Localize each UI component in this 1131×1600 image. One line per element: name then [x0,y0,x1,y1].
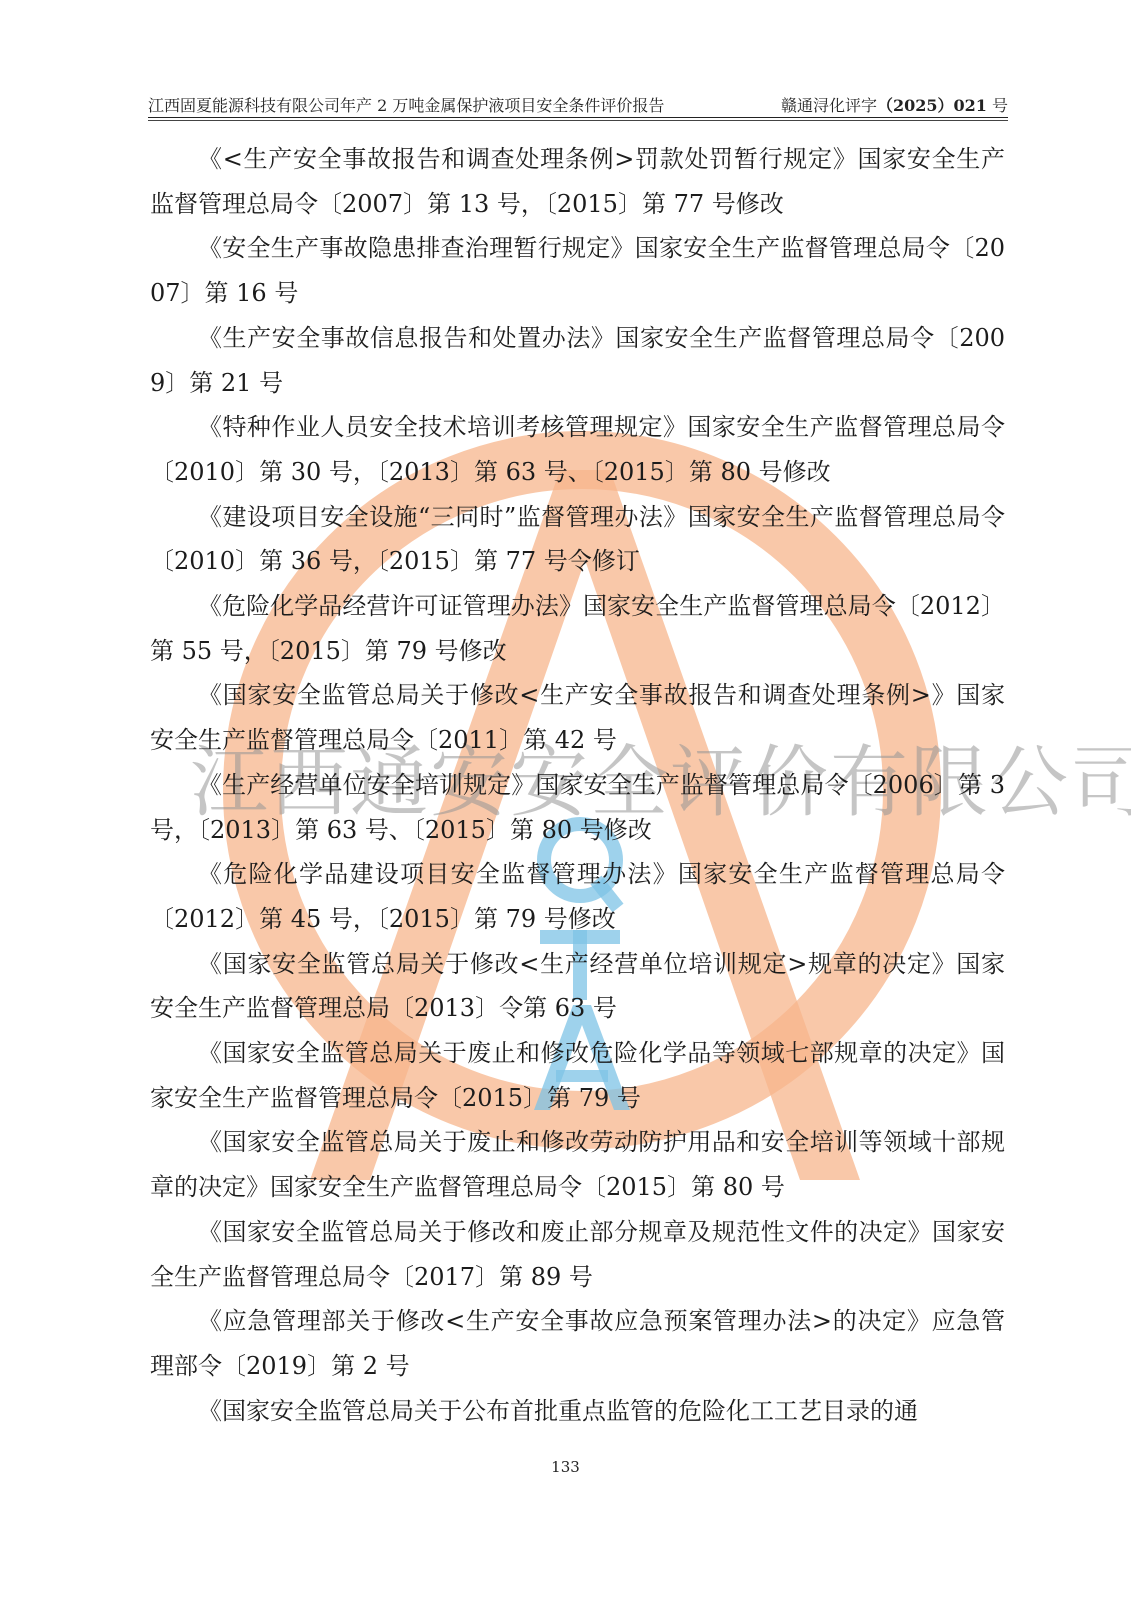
list-item: 《应急管理部关于修改<生产安全事故应急预案管理办法>的决定》应急管理部令〔201… [150,1299,1005,1388]
header-number-suffix: 号 [987,96,1008,115]
list-item: 《国家安全监管总局关于废止和修改劳动防护用品和安全培训等领域十部规章的决定》国家… [150,1120,1005,1209]
list-item: 《安全生产事故隐患排查治理暂行规定》国家安全生产监督管理总局令〔2007〕第 1… [150,226,1005,315]
list-item: 《国家安全监管总局关于废止和修改危险化学品等领域七部规章的决定》国家安全生产监督… [150,1031,1005,1120]
page-header: 江西固夏能源科技有限公司年产 2 万吨金属保护液项目安全条件评价报告 赣通浔化评… [148,90,1008,116]
list-item: 《危险化学品建设项目安全监督管理办法》国家安全生产监督管理总局令〔2012〕第 … [150,852,1005,941]
list-item: 《建设项目安全设施“三同时”监督管理办法》国家安全生产监督管理总局令〔2010〕… [150,495,1005,584]
header-rule [148,117,1008,118]
list-item: 《国家安全监管总局关于公布首批重点监管的危险化工工艺目录的通 [150,1389,1005,1434]
page-number: 133 [0,1458,1131,1476]
list-item: 《<生产安全事故报告和调查处理条例>罚款处罚暂行规定》国家安全生产监督管理总局令… [150,137,1005,226]
list-item: 《国家安全监管总局关于修改<生产安全事故报告和调查处理条例>》国家安全生产监督管… [150,673,1005,762]
header-number-prefix: 赣通浔化评字 [781,96,877,115]
document-page: 江西通安安全评价有限公司 江西固夏能源科技有限公司年产 2 万吨金属保护液项目安… [0,0,1131,1600]
regulation-list: 《<生产安全事故报告和调查处理条例>罚款处罚暂行规定》国家安全生产监督管理总局令… [150,137,1005,1433]
list-item: 《危险化学品经营许可证管理办法》国家安全生产监督管理总局令〔2012〕第 55 … [150,584,1005,673]
list-item: 《国家安全监管总局关于修改<生产经营单位培训规定>规章的决定》国家安全生产监督管… [150,942,1005,1031]
header-number-code: （2025）021 [877,96,987,115]
list-item: 《生产安全事故信息报告和处置办法》国家安全生产监督管理总局令〔2009〕第 21… [150,316,1005,405]
header-rule-thin [148,120,1008,121]
header-report-title: 江西固夏能源科技有限公司年产 2 万吨金属保护液项目安全条件评价报告 [148,93,664,116]
list-item: 《国家安全监管总局关于修改和废止部分规章及规范性文件的决定》国家安全生产监督管理… [150,1210,1005,1299]
header-report-number: 赣通浔化评字（2025）021 号 [781,93,1008,116]
list-item: 《特种作业人员安全技术培训考核管理规定》国家安全生产监督管理总局令〔2010〕第… [150,405,1005,494]
list-item: 《生产经营单位安全培训规定》国家安全生产监督管理总局令〔2006〕第 3 号，〔… [150,763,1005,852]
